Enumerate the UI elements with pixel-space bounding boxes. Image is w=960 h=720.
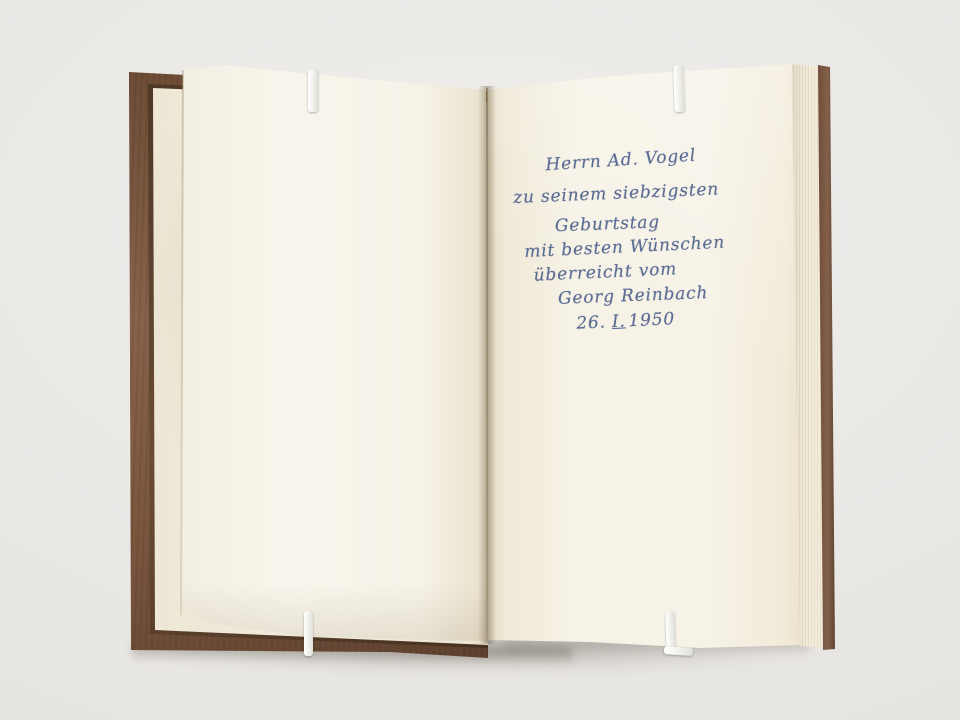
mount-clip-top-right [673, 65, 685, 112]
date-year: 1950 [628, 309, 675, 331]
left-page [180, 64, 487, 642]
dedication-line-signature: Georg Reinbach [558, 283, 709, 309]
dedication-line-recipient: Herrn Ad. Vogel [545, 146, 697, 176]
dedication-line-wishes: mit besten Wünschen [524, 233, 726, 262]
book-gutter-line [486, 88, 488, 642]
photo-stage: Herrn Ad. Vogel zu seinem siebzigsten Ge… [0, 0, 960, 720]
handwritten-dedication: Herrn Ad. Vogel zu seinem siebzigsten Ge… [494, 133, 767, 352]
dedication-line-presented-by: überreicht vom [533, 259, 677, 285]
dedication-line-occasion-2: Geburtstag [555, 212, 661, 236]
date-day: 26. [576, 312, 606, 333]
dedication-line-date: 26.I.1950 [576, 309, 675, 334]
dedication-line-occasion-1: zu seinem siebzigsten [513, 179, 719, 208]
date-month-roman-numeral: I. [611, 311, 626, 332]
mount-clip-bottom-left [304, 611, 313, 656]
mount-clip-top-left [308, 69, 318, 112]
